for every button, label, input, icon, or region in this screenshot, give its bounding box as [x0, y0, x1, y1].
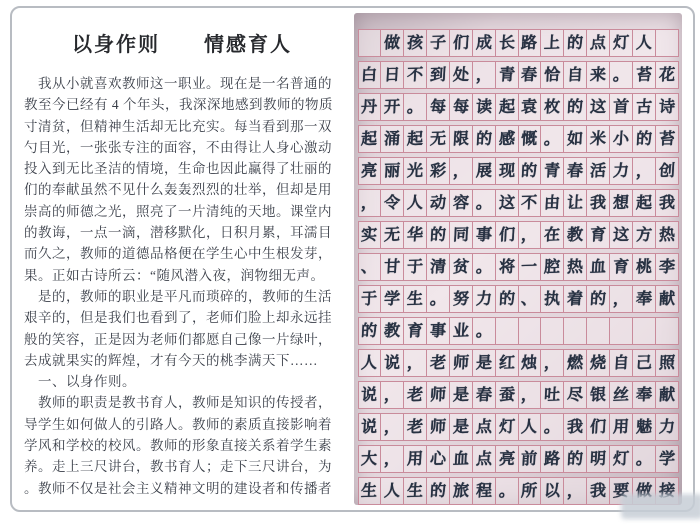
- handwritten-char: 们: [590, 418, 607, 435]
- grid-cell: 自: [563, 61, 587, 89]
- handwritten-char: 人: [635, 34, 652, 51]
- handwritten-char: 到: [430, 66, 447, 83]
- handwritten-char: 。: [475, 322, 492, 339]
- grid-cell: 的: [586, 285, 610, 313]
- handwritten-char: 枚: [544, 98, 561, 115]
- handwritten-char: ，: [407, 354, 424, 371]
- handwritten-char: ，: [521, 386, 538, 403]
- grid-cell: 力: [472, 285, 496, 313]
- grid-cell: 的: [632, 125, 656, 153]
- grid-cell: 每: [426, 93, 450, 121]
- handwritten-char: 子: [430, 34, 447, 51]
- handwriting-photo: 做孩子们成长路上的点灯人白日不到处，青春恰自来。苔花丹开。每每读起袁枚的这首古诗…: [354, 13, 682, 505]
- grid-cell: 苔: [632, 61, 656, 89]
- handwritten-char: 古: [635, 98, 652, 115]
- handwritten-char: 人: [521, 418, 538, 435]
- handwritten-char: ，: [544, 354, 561, 371]
- handwritten-char: 涌: [384, 130, 401, 147]
- grid-cell: ，: [518, 221, 542, 249]
- handwritten-char: 师: [452, 354, 469, 371]
- grid-row: 起涌起无限的感慨。如米小的苔: [358, 125, 678, 152]
- grid-cell: 点: [472, 445, 496, 473]
- grid-row: 亮丽光彩，展现的青春活力，创: [358, 157, 678, 184]
- handwritten-char: 蚕: [498, 386, 515, 403]
- grid-cell: 以: [540, 477, 564, 505]
- handwritten-char: 容: [452, 194, 469, 211]
- grid-cell: 人: [518, 413, 542, 441]
- grid-cell: 前: [518, 445, 542, 473]
- handwritten-char: [361, 34, 378, 51]
- grid-cell: [518, 317, 542, 345]
- grid-cell: ，: [380, 445, 404, 473]
- grid-cell: 华: [403, 221, 427, 249]
- grid-cell: 是: [449, 381, 473, 409]
- grid-cell: [655, 29, 679, 57]
- doc-line: 崇高的师德之光，照亮了一片清纯的天地。课堂内: [24, 201, 352, 222]
- grid-cell: [563, 317, 587, 345]
- handwritten-char: 力: [658, 418, 675, 435]
- grid-cell: 生: [403, 477, 427, 505]
- grid-cell: 所: [518, 477, 542, 505]
- grid-cell: ，: [563, 477, 587, 505]
- handwritten-char: 献: [658, 290, 675, 307]
- grid-cell: 教: [380, 317, 404, 345]
- handwritten-char: 路: [521, 34, 538, 51]
- handwritten-char: 白: [361, 66, 378, 83]
- handwritten-char: 力: [475, 290, 492, 307]
- grid-cell: 到: [426, 61, 450, 89]
- grid-cell: 处: [449, 61, 473, 89]
- handwritten-char: 不: [407, 66, 424, 83]
- grid-cell: 灯: [609, 445, 633, 473]
- handwritten-char: 我: [567, 418, 584, 435]
- handwritten-char: 点: [475, 418, 492, 435]
- grid-cell: 师: [426, 381, 450, 409]
- handwritten-char: 的: [475, 130, 492, 147]
- grid-cell: 日: [380, 61, 404, 89]
- grid-cell: 旅: [449, 477, 473, 505]
- grid-cell: 灯: [609, 29, 633, 57]
- document-title: 以身作则 情感育人: [12, 28, 352, 57]
- handwritten-char: 事: [430, 322, 447, 339]
- handwritten-char: 学: [384, 290, 401, 307]
- grid-cell: 老: [403, 381, 427, 409]
- grid-cell: 照: [655, 349, 679, 377]
- grid-cell: 诗: [655, 93, 679, 121]
- grid-cell: 人: [358, 349, 382, 377]
- handwritten-char: 孩: [407, 34, 424, 51]
- handwritten-char: 灯: [612, 34, 629, 51]
- grid-cell: 大: [358, 445, 382, 473]
- handwritten-char: 血: [452, 450, 469, 467]
- handwritten-char: 生: [407, 290, 424, 307]
- handwritten-char: 吐: [544, 386, 561, 403]
- grid-cell: 学: [655, 445, 679, 473]
- grid-cell: 首: [609, 93, 633, 121]
- handwritten-char: 袁: [521, 98, 538, 115]
- handwritten-char: 读: [475, 98, 492, 115]
- grid-cell: 青: [495, 61, 519, 89]
- grid-cell: 展: [472, 157, 496, 185]
- grid-cell: 每: [449, 93, 473, 121]
- doc-line: 去成就果实的辉煌，才有今天的桃李满天下……: [24, 350, 352, 371]
- handwritten-char: 师: [430, 418, 447, 435]
- handwritten-char: 银: [590, 386, 607, 403]
- grid-cell: 无: [380, 221, 404, 249]
- handwritten-char: 烛: [521, 354, 538, 371]
- handwritten-char: 力: [612, 162, 629, 179]
- handwritten-char: 的: [567, 450, 584, 467]
- grid-cell: 的: [426, 477, 450, 505]
- grid-cell: 这: [586, 93, 610, 121]
- grid-cell: 执: [540, 285, 564, 313]
- handwritten-char: 魅: [635, 418, 652, 435]
- handwritten-char: 让: [567, 194, 584, 211]
- handwritten-char: 。: [544, 130, 561, 147]
- grid-cell: 我: [586, 477, 610, 505]
- handwritten-char: 华: [407, 226, 424, 243]
- grid-cell: 现: [495, 157, 519, 185]
- handwritten-char: 青: [544, 162, 561, 179]
- handwritten-char: 用: [407, 450, 424, 467]
- grid-cell: 于: [403, 253, 427, 281]
- handwritten-char: 奉: [635, 386, 652, 403]
- handwritten-char: 人: [361, 354, 378, 371]
- grid-cell: 心: [426, 445, 450, 473]
- grid-cell: 读: [472, 93, 496, 121]
- handwritten-char: 说: [361, 386, 378, 403]
- grid-cell: 开: [380, 93, 404, 121]
- handwritten-char: 点: [475, 450, 492, 467]
- grid-cell: 奉: [632, 381, 656, 409]
- handwritten-char: 将: [498, 258, 515, 275]
- handwritten-char: ，: [612, 290, 629, 307]
- handwritten-char: 动: [430, 194, 447, 211]
- grid-cell: 尽: [563, 381, 587, 409]
- handwritten-char: 事: [475, 226, 492, 243]
- grid-cell: 这: [495, 189, 519, 217]
- handwritten-char: 育: [612, 258, 629, 275]
- handwritten-char: 令: [384, 194, 401, 211]
- doc-line: 而久之，教师的道德品格便在学生心中生根发芽，: [24, 243, 352, 264]
- grid-cell: 春: [518, 61, 542, 89]
- grid-cell: 蚕: [495, 381, 519, 409]
- handwritten-char: 生: [407, 482, 424, 499]
- handwritten-char: 创: [658, 162, 675, 179]
- handwritten-char: 明: [590, 450, 607, 467]
- handwritten-char: 们: [498, 226, 515, 243]
- grid-cell: 丹: [358, 93, 382, 121]
- handwritten-char: 于: [407, 258, 424, 275]
- handwritten-char: 起: [361, 130, 378, 147]
- grid-cell: 不: [403, 61, 427, 89]
- grid-cell: 明: [586, 445, 610, 473]
- grid-cell: ，: [518, 381, 542, 409]
- grid-cell: 在: [540, 221, 564, 249]
- handwritten-char: 开: [384, 98, 401, 115]
- grid-cell: 。: [632, 445, 656, 473]
- handwritten-char: 灯: [612, 450, 629, 467]
- handwritten-char: 清: [430, 258, 447, 275]
- handwritten-char: 光: [407, 162, 424, 179]
- grid-cell: ，: [380, 381, 404, 409]
- handwritten-char: 以: [544, 482, 561, 499]
- grid-cell: 说: [380, 349, 404, 377]
- handwritten-char: 丹: [361, 98, 378, 115]
- handwritten-char: 无: [384, 226, 401, 243]
- grid-cell: 。: [426, 285, 450, 313]
- grid-cell: 教: [563, 221, 587, 249]
- grid-cell: 育: [609, 253, 633, 281]
- grid-cell: 长: [495, 29, 519, 57]
- handwritten-char: 限: [452, 130, 469, 147]
- grid-cell: 是: [472, 349, 496, 377]
- grid-cell: 令: [380, 189, 404, 217]
- handwritten-char: 热: [567, 258, 584, 275]
- grid-cell: 将: [495, 253, 519, 281]
- grid-cell: 的: [563, 29, 587, 57]
- grid-cell: 我: [563, 413, 587, 441]
- handwritten-char: 花: [658, 66, 675, 83]
- handwritten-char: ，: [384, 418, 401, 435]
- grid-cell: ，: [380, 413, 404, 441]
- grid-cell: 学: [380, 285, 404, 313]
- handwritten-char: 处: [452, 66, 469, 83]
- handwritten-char: 亮: [498, 450, 515, 467]
- handwritten-char: 生: [361, 482, 378, 499]
- handwritten-char: 我: [590, 482, 607, 499]
- grid-row: 实无华的同事们，在教育这方热: [358, 221, 678, 248]
- grid-cell: 容: [449, 189, 473, 217]
- doc-line: 投入到无比圣洁的情境，生命也因此赢得了壮丽的: [24, 158, 352, 179]
- handwritten-char: 苔: [658, 130, 675, 147]
- handwritten-char: 的: [590, 290, 607, 307]
- grid-cell: 灯: [495, 413, 519, 441]
- handwritten-char: 、: [361, 258, 378, 275]
- grid-cell: 的: [563, 93, 587, 121]
- handwritten-char: 李: [658, 258, 675, 275]
- grid-cell: 自: [609, 349, 633, 377]
- handwritten-char: 师: [430, 386, 447, 403]
- handwritten-char: 的: [498, 290, 515, 307]
- grid-row: 说，老师是点灯人。我们用魅力: [358, 413, 678, 440]
- handwritten-char: 每: [452, 98, 469, 115]
- grid-cell: 、: [358, 253, 382, 281]
- grid-cell: 努: [449, 285, 473, 313]
- grid-cell: [540, 317, 564, 345]
- handwritten-char: 教: [567, 226, 584, 243]
- grid-cell: 丝: [609, 381, 633, 409]
- grid-cell: 苔: [655, 125, 679, 153]
- handwritten-char: 大: [361, 450, 378, 467]
- grid-cell: 李: [655, 253, 679, 281]
- handwritten-char: 来: [590, 66, 607, 83]
- handwritten-char: 学: [658, 450, 675, 467]
- grid-cell: 青: [540, 157, 564, 185]
- handwritten-char: 同: [452, 226, 469, 243]
- grid-cell: 起: [358, 125, 382, 153]
- handwritten-char: 小: [612, 130, 629, 147]
- doc-line: 们的奉献虽然不见什么轰轰烈烈的壮举，但却是用: [24, 179, 352, 200]
- doc-line: 的教诲，一点一滴，潜移默化，日积月累，耳濡目: [24, 222, 352, 243]
- grid-cell: 烧: [586, 349, 610, 377]
- handwritten-char: 奉: [635, 290, 652, 307]
- handwritten-char: 前: [521, 450, 538, 467]
- handwritten-char: 自: [612, 354, 629, 371]
- handwritten-char: 执: [544, 290, 561, 307]
- grid-cell: 。: [609, 61, 633, 89]
- handwritten-char: ，: [384, 450, 401, 467]
- grid-cell: 。: [472, 317, 496, 345]
- handwritten-char: 心: [430, 450, 447, 467]
- handwritten-char: 己: [635, 354, 652, 371]
- handwritten-char: 努: [452, 290, 469, 307]
- doc-line: 导学生如何做人的引路人。教师的素质直接影响着: [24, 414, 352, 435]
- handwritten-char: 献: [658, 386, 675, 403]
- grid-cell: 们: [495, 221, 519, 249]
- doc-line: 艰辛的，但是我们也看到了，老师们脸上却永远挂: [24, 307, 352, 328]
- doc-line: 般的笑容，正是因为老师们都愿自己像一片绿叶，: [24, 329, 352, 350]
- watermark-blur: [621, 494, 700, 519]
- handwritten-char: 灯: [498, 418, 515, 435]
- handwritten-char: 无: [430, 130, 447, 147]
- grid-cell: 恰: [540, 61, 564, 89]
- handwritten-char: 长: [498, 34, 515, 51]
- handwritten-char: 亮: [361, 162, 378, 179]
- handwritten-char: 想: [612, 194, 629, 211]
- grid-cell: 桃: [632, 253, 656, 281]
- grid-cell: 腔: [540, 253, 564, 281]
- grid-cell: 奉: [632, 285, 656, 313]
- handwritten-char: 人: [384, 482, 401, 499]
- handwritten-char: 尽: [567, 386, 584, 403]
- grid-row: 说，老师是春蚕，吐尽银丝奉献: [358, 381, 678, 408]
- grid-cell: 。: [403, 93, 427, 121]
- grid-cell: 成: [472, 29, 496, 57]
- handwritten-char: 我: [658, 194, 675, 211]
- grid-cell: 烛: [518, 349, 542, 377]
- handwritten-char: 点: [590, 34, 607, 51]
- grid-cell: 同: [449, 221, 473, 249]
- printed-document-page: 以身作则 情感育人 我从小就喜欢教师这一职业。现在是一名普通的教至今已经有 4 …: [12, 8, 352, 510]
- handwritten-char: 实: [361, 226, 378, 243]
- grid-cell: 。: [495, 477, 519, 505]
- handwritten-char: 们: [452, 34, 469, 51]
- grid-cell: 限: [449, 125, 473, 153]
- grid-cell: 们: [449, 29, 473, 57]
- grid-cell: 着: [563, 285, 587, 313]
- handwritten-char: 腔: [544, 258, 561, 275]
- handwritten-char: 育: [407, 322, 424, 339]
- handwritten-char: 老: [407, 386, 424, 403]
- grid-cell: 点: [586, 29, 610, 57]
- handwritten-char: 。: [612, 66, 629, 83]
- grid-row: 于学生。努力的、执着的，奉献: [358, 285, 678, 312]
- grid-cell: 我: [655, 189, 679, 217]
- grid-cell: 热: [563, 253, 587, 281]
- grid-cell: 春: [563, 157, 587, 185]
- grid-cell: 魅: [632, 413, 656, 441]
- grid-cell: 一: [518, 253, 542, 281]
- handwritten-char: 丽: [384, 162, 401, 179]
- grid-cell: 无: [426, 125, 450, 153]
- handwritten-char: 上: [544, 34, 561, 51]
- grid-cell: ，: [540, 349, 564, 377]
- grid-cell: 起: [632, 189, 656, 217]
- grid-cell: 师: [449, 349, 473, 377]
- grid-cell: 、: [518, 285, 542, 313]
- handwritten-char: 做: [384, 34, 401, 51]
- handwritten-char: 说: [384, 354, 401, 371]
- grid-cell: 的: [518, 157, 542, 185]
- grid-cell: 路: [540, 445, 564, 473]
- handwritten-char: 起: [407, 130, 424, 147]
- handwritten-char: 旅: [452, 482, 469, 499]
- handwritten-char: 甘: [384, 258, 401, 275]
- grid-cell: 师: [426, 413, 450, 441]
- grid-cell: 清: [426, 253, 450, 281]
- grid-cell: 古: [632, 93, 656, 121]
- doc-line: 寸清贫，但精神生活却无比充实。每当看到那一双: [24, 116, 352, 137]
- handwritten-char: 活: [590, 162, 607, 179]
- handwritten-char: 展: [475, 162, 492, 179]
- grid-cell: 燃: [563, 349, 587, 377]
- grid-cell: 的: [426, 221, 450, 249]
- handwritten-char: ，: [361, 194, 378, 211]
- grid-row: ，令人动容。这不由让我想起我: [358, 189, 678, 216]
- grid-cell: 光: [403, 157, 427, 185]
- grid-cell: 由: [540, 189, 564, 217]
- grid-cell: 老: [426, 349, 450, 377]
- handwritten-char: 桃: [635, 258, 652, 275]
- grid-cell: 孩: [403, 29, 427, 57]
- doc-line: 是的，教师的职业是平凡而琐碎的，教师的生活: [24, 286, 352, 307]
- grid-cell: 。: [472, 253, 496, 281]
- grid-cell: 血: [449, 445, 473, 473]
- handwritten-char: 育: [590, 226, 607, 243]
- handwritten-char: 。: [430, 290, 447, 307]
- grid-cell: 亮: [495, 445, 519, 473]
- grid-cell: 的: [472, 125, 496, 153]
- grid-cell: 用: [609, 413, 633, 441]
- grid-cell: 说: [358, 381, 382, 409]
- grid-cell: 小: [609, 125, 633, 153]
- grid-cell: 吐: [540, 381, 564, 409]
- grid-cell: 做: [380, 29, 404, 57]
- grid-cell: 来: [586, 61, 610, 89]
- grid-cell: 方: [632, 221, 656, 249]
- grid-cell: 育: [403, 317, 427, 345]
- grid-cell: 活: [586, 157, 610, 185]
- handwritten-char: 起: [635, 194, 652, 211]
- grid-cell: 事: [472, 221, 496, 249]
- handwritten-char: 青: [498, 66, 515, 83]
- handwritten-char: 方: [635, 226, 652, 243]
- grid-cell: 不: [518, 189, 542, 217]
- handwritten-char: 业: [452, 322, 469, 339]
- handwritten-char: 。: [635, 450, 652, 467]
- grid-cell: 亮: [358, 157, 382, 185]
- handwritten-char: 恰: [544, 66, 561, 83]
- grid-cell: 血: [586, 253, 610, 281]
- grid-cell: 花: [655, 61, 679, 89]
- handwritten-char: ，: [475, 66, 492, 83]
- grid-cell: 子: [426, 29, 450, 57]
- handwritten-char: 。: [475, 258, 492, 275]
- handwritten-char: 一: [521, 258, 538, 275]
- grid-cell: 白: [358, 61, 382, 89]
- grid-cell: 说: [358, 413, 382, 441]
